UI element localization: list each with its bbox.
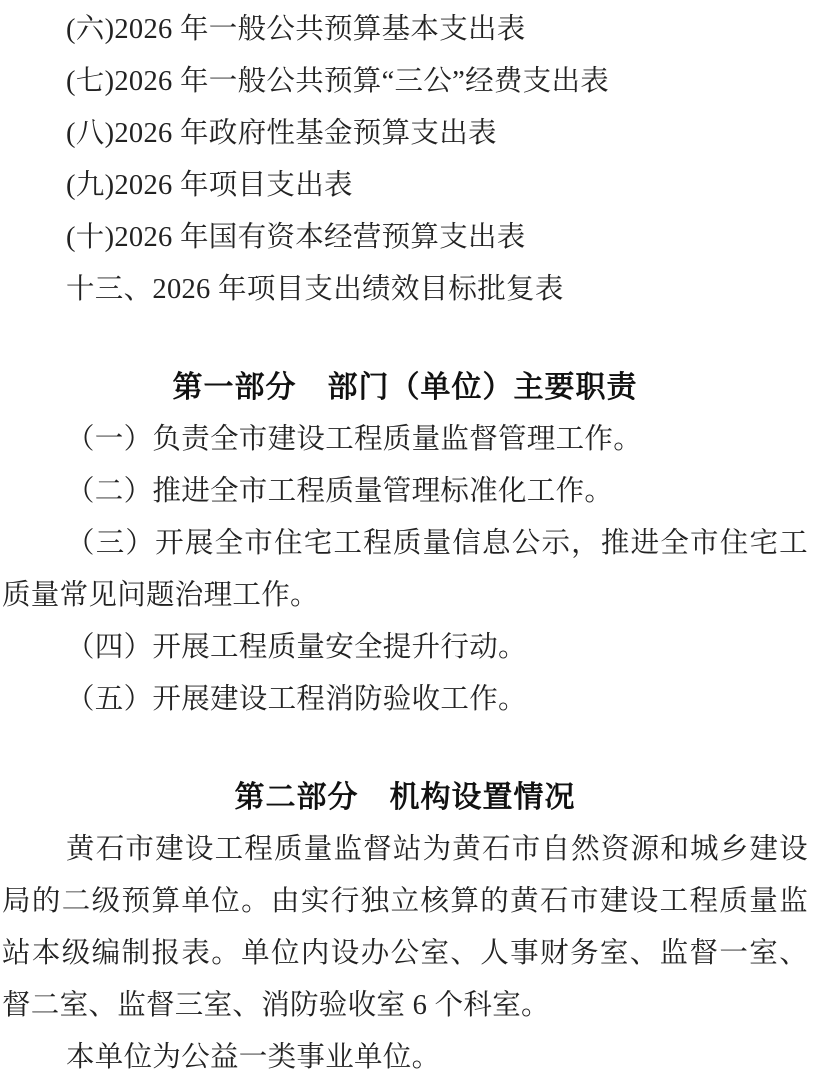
part2-heading: 第二部分 机构设置情况 <box>2 772 808 824</box>
duty-4: （四）开展工程质量安全提升行动。 <box>2 622 808 674</box>
org-line-2: 局的二级预算单位。由实行独立核算的黄石市建设工程质量监督 <box>2 876 808 928</box>
toc-list: (六)2026 年一般公共预算基本支出表 (七)2026 年一般公共预算“三公”… <box>2 4 808 316</box>
duty-1: （一）负责全市建设工程质量监督管理工作。 <box>2 414 808 466</box>
org-line-1: 黄石市建设工程质量监督站为黄石市自然资源和城乡建设 <box>2 824 808 876</box>
part1-heading: 第一部分 部门（单位）主要职责 <box>2 362 808 414</box>
toc-item-10: (十)2026 年国有资本经营预算支出表 <box>2 212 808 264</box>
duty-3-line-2: 质量常见问题治理工作。 <box>2 570 808 622</box>
part2-org-paragraph: 黄石市建设工程质量监督站为黄石市自然资源和城乡建设 局的二级预算单位。由实行独立… <box>2 824 808 1032</box>
toc-item-13: 十三、2026 年项目支出绩效目标批复表 <box>2 264 808 316</box>
org-line-4: 督二室、监督三室、消防验收室 6 个科室。 <box>2 980 808 1032</box>
duty-2: （二）推进全市工程质量管理标准化工作。 <box>2 466 808 518</box>
toc-item-8: (八)2026 年政府性基金预算支出表 <box>2 108 808 160</box>
part1-duties: （一）负责全市建设工程质量监督管理工作。 （二）推进全市工程质量管理标准化工作。… <box>2 414 808 726</box>
unit-type-line: 本单位为公益一类事业单位。 <box>2 1032 808 1083</box>
duty-3-line-1: （三）开展全市住宅工程质量信息公示，推进全市住宅工程 <box>2 518 808 570</box>
document-page: (六)2026 年一般公共预算基本支出表 (七)2026 年一般公共预算“三公”… <box>0 0 824 1083</box>
duty-5: （五）开展建设工程消防验收工作。 <box>2 674 808 726</box>
part2-unit-type-paragraph: 本单位为公益一类事业单位。 <box>2 1032 808 1083</box>
org-line-3: 站本级编制报表。单位内设办公室、人事财务室、监督一室、监 <box>2 928 808 980</box>
toc-item-7: (七)2026 年一般公共预算“三公”经费支出表 <box>2 56 808 108</box>
toc-item-9: (九)2026 年项目支出表 <box>2 160 808 212</box>
toc-item-6: (六)2026 年一般公共预算基本支出表 <box>2 4 808 56</box>
